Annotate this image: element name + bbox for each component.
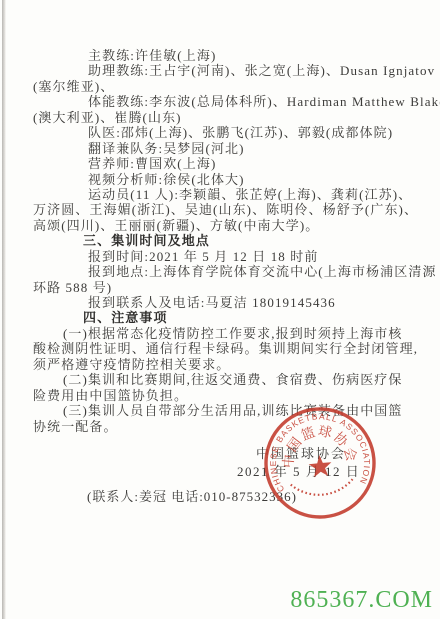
doc-line: 环路 588 号): [33, 280, 415, 295]
doc-line: 主教练:许佳敏(上海): [33, 48, 415, 63]
doc-line: (三)集训人员自带部分生活用品,训练比赛装备由中国篮: [33, 403, 415, 418]
watermark-text: 865367.COM: [290, 587, 433, 614]
footer-contact: (联系人:姜冠 电话:010-87532336): [87, 486, 297, 505]
seal-serial-marks: [291, 479, 354, 497]
signature-date: 2021 年 5 月 12 日: [237, 461, 360, 480]
doc-line: 须严格遵守疫情防控相关要求。: [33, 357, 415, 372]
doc-line: 视频分析师:徐侯(北体大): [33, 172, 415, 187]
doc-line: 酸检测阴性证明、通信行程卡绿码。集训期间实行全封闭管理,: [33, 341, 415, 356]
doc-line: 体能教练:李东波(总局体科所)、Hardiman Matthew Blake: [33, 94, 415, 109]
doc-line: (一)根据常态化疫情防控工作要求,报到时须持上海市核: [33, 326, 415, 341]
doc-line: 队医:邵炜(上海)、张鹏飞(江苏)、郭毅(成都体院): [33, 125, 415, 140]
section-heading-4: 四、注意事项: [33, 310, 415, 325]
doc-line: 协统一配备。: [33, 419, 415, 434]
scanned-document-page: { "document": { "lines": [ "主教练:许佳敏(上海)"…: [0, 0, 440, 619]
doc-line: 报到联系人及电话:马夏洁 18019145436: [33, 295, 415, 310]
doc-line: (二)集训和比赛期间,往返交通费、食宿费、伤病医疗保: [33, 372, 415, 387]
section-heading-3: 三、集训时间及地点: [33, 233, 415, 248]
signature-org: 中国篮球协会: [256, 443, 346, 462]
doc-line: 助理教练:王占宇(河南)、张之宽(上海)、Dusan Ignjatov: [33, 63, 415, 78]
doc-line: (塞尔维亚)、: [33, 79, 415, 94]
doc-line: 险费用由中国篮协负担。: [33, 388, 415, 403]
doc-line: 运动员(11 人):李颖韻、张芷婷(上海)、龚莉(江苏)、: [33, 187, 415, 202]
scan-edge-line: [2, 0, 6, 619]
doc-line: 营养师:曹国欢(上海): [33, 156, 415, 171]
doc-line: 高颂(四川)、王丽丽(新疆)、方敏(中南大学)。: [33, 218, 415, 233]
doc-line: 报到时间:2021 年 5 月 12 日 18 时前: [33, 249, 415, 264]
document-text: 主教练:许佳敏(上海) 助理教练:王占宇(河南)、张之宽(上海)、Dusan I…: [33, 48, 415, 434]
doc-line: 报到地点:上海体育学院体育交流中心(上海市杨浦区清源: [33, 264, 415, 279]
doc-line: 万济圆、王海媚(浙江)、吴迪(山东)、陈明伶、杨舒予(广东)、: [33, 202, 415, 217]
doc-line: 翻译兼队务:吴梦园(河北): [33, 141, 415, 156]
doc-line: (澳大利亚)、崔腾(山东): [33, 110, 415, 125]
